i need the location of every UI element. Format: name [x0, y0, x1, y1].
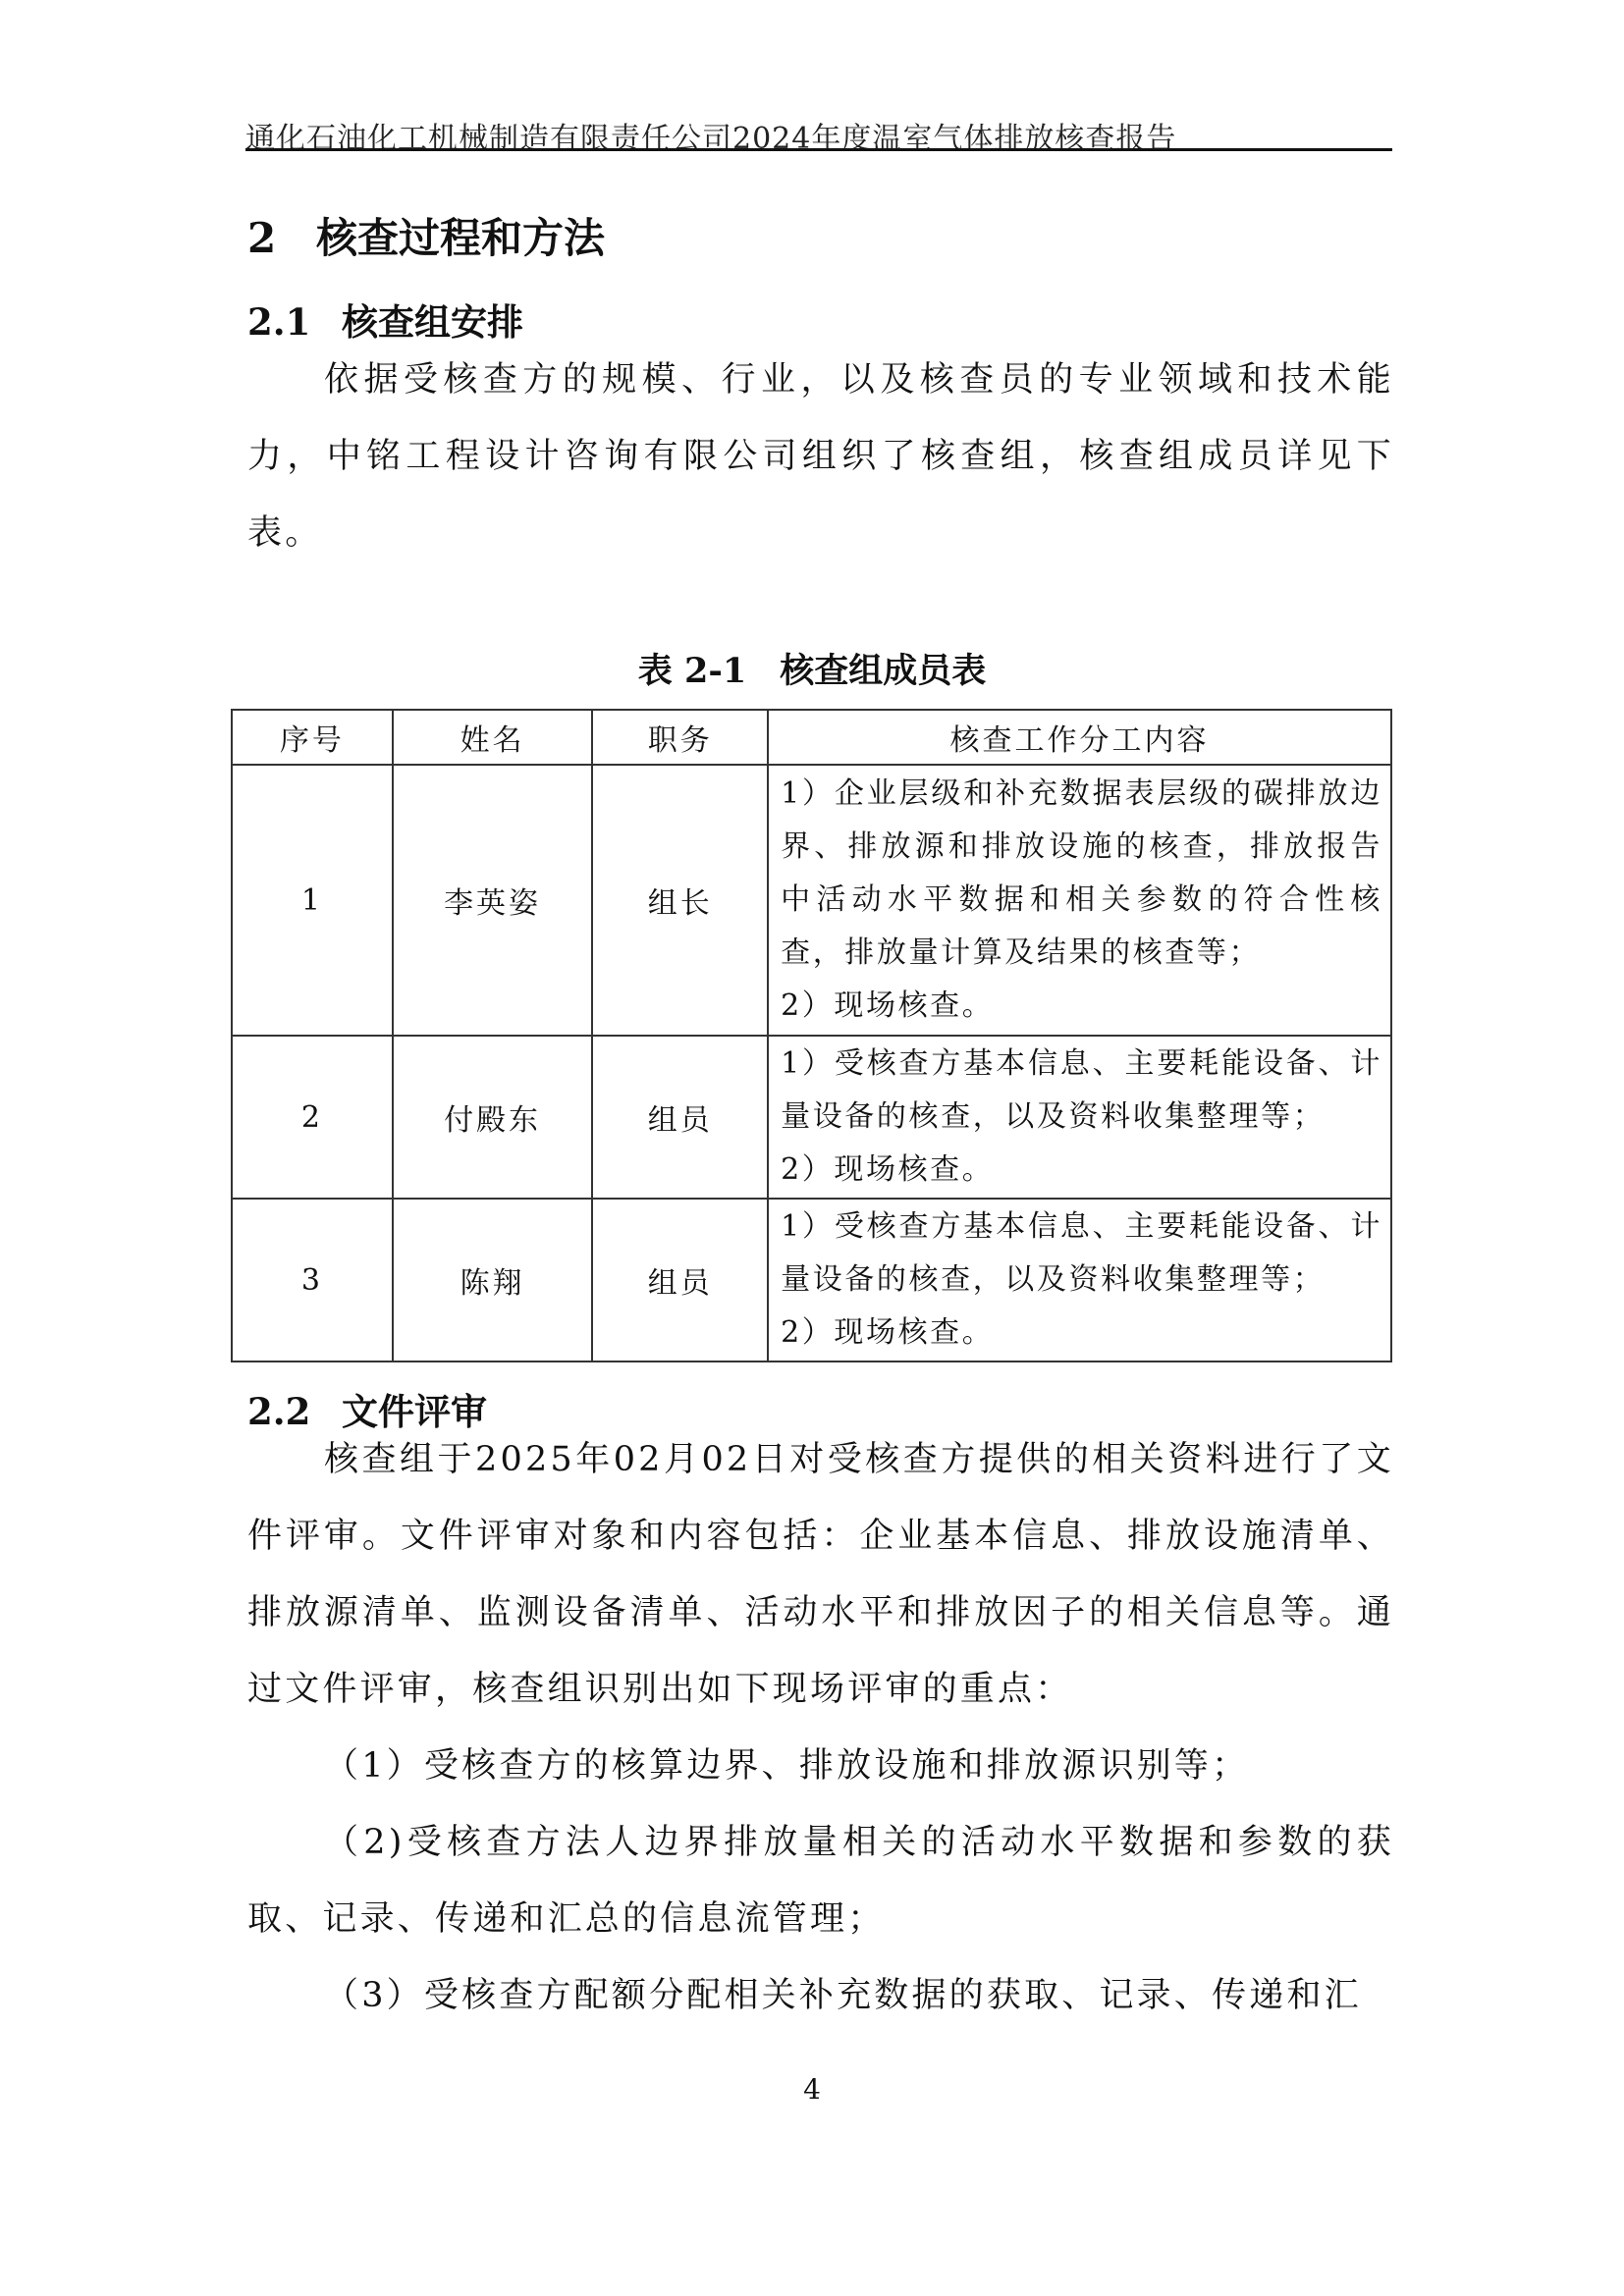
cell-name: 李英姿 [393, 765, 593, 1036]
paragraph-text: 核查组于2025年02月02日对受核查方提供的相关资料进行了文件评审。文件评审对… [247, 1421, 1394, 1728]
cell-duties: 1）受核查方基本信息、主要耗能设备、计量设备的核查，以及资料收集整理等； 2）现… [768, 1036, 1391, 1199]
cell-index: 1 [232, 765, 393, 1036]
cell-index: 3 [232, 1199, 393, 1362]
section-number: 2 [247, 214, 316, 262]
cell-role: 组员 [592, 1036, 768, 1199]
team-members-table: 序号 姓名 职务 核查工作分工内容 1 李英姿 组长 1）企业层级和补充数据表层… [231, 709, 1392, 1362]
column-header-role: 职务 [592, 710, 768, 765]
section-title: 核查过程和方法 [316, 214, 605, 262]
cell-name: 陈翔 [393, 1199, 593, 1362]
paragraph-team-arrangement: 依据受核查方的规模、行业，以及核查员的专业领域和技术能力，中铭工程设计咨询有限公… [247, 342, 1394, 571]
section-heading: 2核查过程和方法 [247, 206, 605, 265]
cell-duties: 1）受核查方基本信息、主要耗能设备、计量设备的核查，以及资料收集整理等； 2）现… [768, 1199, 1391, 1362]
page-number: 4 [0, 2073, 1624, 2106]
duty-item: 1）受核查方基本信息、主要耗能设备、计量设备的核查，以及资料收集整理等； [781, 1038, 1382, 1144]
cell-name: 付殿东 [393, 1036, 593, 1199]
cell-role: 组长 [592, 765, 768, 1036]
table-row: 2 付殿东 组员 1）受核查方基本信息、主要耗能设备、计量设备的核查，以及资料收… [232, 1036, 1391, 1199]
paragraph-text: 依据受核查方的规模、行业，以及核查员的专业领域和技术能力，中铭工程设计咨询有限公… [247, 342, 1394, 571]
header-rule [245, 148, 1392, 151]
cell-role: 组员 [592, 1199, 768, 1362]
duty-item: 2）现场核查。 [781, 1144, 1382, 1197]
table-row: 3 陈翔 组员 1）受核查方基本信息、主要耗能设备、计量设备的核查，以及资料收集… [232, 1199, 1391, 1362]
review-focus-item: （2)受核查方法人边界排放量相关的活动水平数据和参数的获取、记录、传递和汇总的信… [247, 1804, 1394, 1957]
column-header-duties: 核查工作分工内容 [768, 710, 1391, 765]
duty-item: 2）现场核查。 [781, 980, 1382, 1033]
review-focus-item: （3）受核查方配额分配相关补充数据的获取、记录、传递和汇 [247, 1957, 1394, 2034]
subsection-number: 2.1 [247, 300, 342, 344]
table-header-row: 序号 姓名 职务 核查工作分工内容 [232, 710, 1391, 765]
table-caption-title: 核查组成员表 [780, 651, 986, 691]
duty-item: 1）企业层级和补充数据表层级的碳排放边界、排放源和排放设施的核查，排放报告中活动… [781, 768, 1382, 980]
column-header-name: 姓名 [393, 710, 593, 765]
subsection-title: 核查组安排 [342, 300, 523, 344]
subsection-heading-2-1: 2.1核查组安排 [247, 293, 523, 346]
column-header-index: 序号 [232, 710, 393, 765]
cell-duties: 1）企业层级和补充数据表层级的碳排放边界、排放源和排放设施的核查，排放报告中活动… [768, 765, 1391, 1036]
table-caption: 表 2-1核查组成员表 [0, 644, 1624, 693]
duty-item: 2）现场核查。 [781, 1307, 1382, 1360]
table-caption-number: 表 2-1 [638, 651, 746, 691]
cell-index: 2 [232, 1036, 393, 1199]
paragraph-document-review: 核查组于2025年02月02日对受核查方提供的相关资料进行了文件评审。文件评审对… [247, 1421, 1394, 2034]
review-focus-item: （1）受核查方的核算边界、排放设施和排放源识别等； [247, 1728, 1394, 1804]
duty-item: 1）受核查方基本信息、主要耗能设备、计量设备的核查，以及资料收集整理等； [781, 1201, 1382, 1307]
table-row: 1 李英姿 组长 1）企业层级和补充数据表层级的碳排放边界、排放源和排放设施的核… [232, 765, 1391, 1036]
